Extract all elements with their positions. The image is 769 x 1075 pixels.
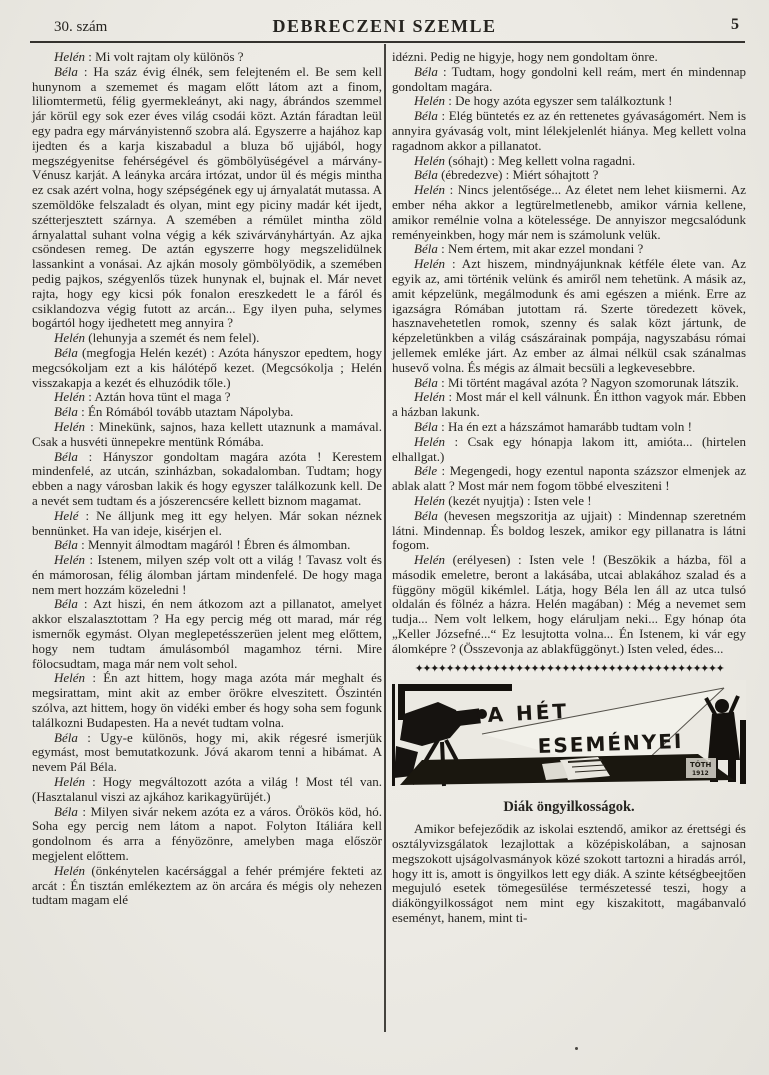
- speaker-name: Helén: [54, 552, 85, 567]
- paragraph: Helén : Azt hiszem, mindnyájunknak kétfé…: [392, 257, 746, 375]
- paragraph: Helén (önkénytelen kacérsággal a fehér p…: [32, 864, 382, 908]
- paragraph-text: : Ne álljunk meg itt egy helyen. Már sok…: [32, 508, 382, 538]
- speaker-name: Helén: [54, 774, 85, 789]
- paragraph-text: (önkénytelen kacérsággal a fehér prémjér…: [32, 863, 382, 908]
- speaker-name: Helén: [54, 419, 85, 434]
- paragraph: Béla : Elég büntetés ez az én rettenetes…: [392, 109, 746, 153]
- paragraph-text: : Nem értem, mit akar ezzel mondani ?: [438, 241, 643, 256]
- paragraph: Béla : Én Rómából tovább utaztam Nápolyb…: [32, 405, 382, 420]
- speaker-name: Béla: [54, 537, 78, 552]
- illustration-title-line1: A HÉT: [487, 699, 570, 727]
- paragraph: idézni. Pedig ne higyje, hogy nem gondol…: [392, 50, 746, 65]
- paragraph: Helén : Most már el kell válnunk. Én itt…: [392, 390, 746, 420]
- speaker-name: Béle: [414, 463, 437, 478]
- paragraph-text: : Ha száz évig élnék, sem felejteném el.…: [32, 64, 382, 331]
- paragraph: Béla : Mennyit álmodtam magáról ! Ébren …: [32, 538, 382, 553]
- ink-speck: [575, 1047, 578, 1050]
- paragraph: Amikor befejeződik az iskolai esztendő, …: [392, 822, 746, 926]
- speaker-name: Helén: [414, 389, 445, 404]
- speaker-name: Béla: [414, 508, 438, 523]
- illustration-title-line2: ESEMÉNYEI: [537, 729, 683, 758]
- paragraph: Helén : Csak egy hónapja lakom itt, amió…: [392, 435, 746, 465]
- paragraph: Helén : Aztán hova tünt el maga ?: [32, 390, 382, 405]
- paragraph: Helén : Én azt hittem, hogy maga azóta m…: [32, 671, 382, 730]
- speaker-name: Helén: [414, 493, 445, 508]
- speaker-name: Béla: [54, 404, 78, 419]
- week-events-illustration: A HÉT ESEMÉNYEI: [392, 680, 746, 790]
- speaker-name: Helén: [54, 670, 85, 685]
- paragraph-text: : Milyen sivár nekem azóta ez a város. Ö…: [32, 804, 382, 863]
- paragraph-text: : Elég büntetés ez az én rettenetes gyáv…: [392, 108, 746, 153]
- speaker-name: Helén: [414, 93, 445, 108]
- paragraph-text: : De hogy azóta egyszer sem találkoztunk…: [445, 93, 672, 108]
- paragraph-text: : Csak egy hónapja lakom itt, amióta... …: [392, 434, 746, 464]
- paragraph: Helén : De hogy azóta egyszer sem találk…: [392, 94, 746, 109]
- paragraph-text: : Most már el kell válnunk. Én itthon va…: [392, 389, 746, 419]
- speaker-name: Béla: [414, 241, 438, 256]
- paragraph: Helén : Istenem, milyen szép volt ott a …: [32, 553, 382, 597]
- paragraph: Béla : Azt hiszi, én nem átkozom azt a p…: [32, 597, 382, 671]
- paragraph-text: : Hányszor gondoltam magára azóta ! Kere…: [32, 449, 382, 508]
- left-column: Helén : Mi volt rajtam oly különös ? Bél…: [32, 50, 382, 908]
- paragraph-text: Amikor befejeződik az iskolai esztendő, …: [392, 821, 746, 925]
- speaker-name: Helén: [414, 182, 445, 197]
- paragraph-text: : Aztán hova tünt el maga ?: [85, 389, 230, 404]
- paragraph: Béla : Ha én ezt a házszámot hamarább tu…: [392, 420, 746, 435]
- speaker-name: Béla: [414, 419, 438, 434]
- signature-year: 1912: [692, 770, 709, 777]
- paragraph: Béla (ébredezve) : Miért sóhajtott ?: [392, 168, 746, 183]
- paragraph-text: : Azt hiszi, én nem átkozom azt a pillan…: [32, 596, 382, 670]
- right-column: idézni. Pedig ne higyje, hogy nem gondol…: [392, 50, 746, 926]
- speaker-name: Helén: [414, 256, 445, 271]
- speaker-name: Béla: [54, 804, 78, 819]
- paragraph-text: : Mi történt magával azóta ? Nagyon szom…: [438, 375, 739, 390]
- paragraph: Helén : Minekünk, sajnos, haza kellett u…: [32, 420, 382, 450]
- paragraph-text: : Hogy megváltozott azóta a világ ! Most…: [32, 774, 382, 804]
- paragraph-text: (erélyesen) : Isten vele ! (Beszökik a h…: [392, 552, 746, 656]
- paragraph-text: : Azt hiszem, mindnyájunknak kétféle éle…: [392, 256, 746, 375]
- speaker-name: Helé: [54, 508, 79, 523]
- paragraph-text: (ébredezve) : Miért sóhajtott ?: [438, 167, 599, 182]
- paragraph-text: : Tudtam, hogy gondolni kell reám, mert …: [392, 64, 746, 94]
- paragraph-text: : Nincs jelentősége... Az életet nem leh…: [392, 182, 746, 241]
- page-number: 5: [731, 16, 739, 34]
- paragraph: Béla : Hányszor gondoltam magára azóta !…: [32, 450, 382, 509]
- paragraph-text: : Mi volt rajtam oly különös ?: [85, 49, 244, 64]
- paragraph: Béla : Ha száz évig élnék, sem felejtené…: [32, 65, 382, 331]
- speaker-name: Béla: [414, 108, 438, 123]
- paragraph: Helén : Nincs jelentősége... Az életet n…: [392, 183, 746, 242]
- paragraph: Béla : Mi történt magával azóta ? Nagyon…: [392, 376, 746, 391]
- paragraph-text: : Minekünk, sajnos, haza kellett utaznun…: [32, 419, 382, 449]
- speaker-name: Béla: [54, 64, 78, 79]
- signature-name: TÓTH: [690, 760, 712, 769]
- paragraph-text: : Mennyit álmodtam magáról ! Ébren és ál…: [78, 537, 351, 552]
- paragraph-text: (megfogja Helén kezét) : Azóta hányszor …: [32, 345, 382, 390]
- paragraph-text: (hevesen megszoritja az ujjait) : Minden…: [392, 508, 746, 553]
- paragraph: Béla (hevesen megszoritja az ujjait) : M…: [392, 509, 746, 553]
- page-title: DEBRECZENI SZEMLE: [0, 16, 769, 37]
- speaker-name: Helén: [414, 153, 445, 168]
- paragraph: Béle : Megengedi, hogy ezentul naponta s…: [392, 464, 746, 494]
- speaker-name: Béla: [414, 375, 438, 390]
- paragraph: Helén : Hogy megváltozott azóta a világ …: [32, 775, 382, 805]
- speaker-name: Helén: [54, 389, 85, 404]
- speaker-name: Helén: [54, 330, 85, 345]
- paragraph-text: : Megengedi, hogy ezentul naponta százsz…: [392, 463, 746, 493]
- paragraph-text: : Ha én ezt a házszámot hamarább tudtam …: [438, 419, 692, 434]
- paragraph-text: : Én Rómából tovább utaztam Nápolyba.: [78, 404, 294, 419]
- paragraph: Helén : Mi volt rajtam oly különös ?: [32, 50, 382, 65]
- paragraph-text: : Én azt hittem, hogy maga azóta már meg…: [32, 670, 382, 729]
- header-rule: [30, 41, 745, 43]
- paragraph: Helé : Ne álljunk meg itt egy helyen. Má…: [32, 509, 382, 539]
- speaker-name: Béla: [414, 64, 438, 79]
- paragraph: Béla : Ugy-e különös, hogy mi, akik rége…: [32, 731, 382, 775]
- paragraph-text: (kezét nyujtja) : Isten vele !: [445, 493, 592, 508]
- paragraph-text: (sóhajt) : Meg kellett volna ragadni.: [445, 153, 635, 168]
- speaker-name: Helén: [414, 434, 445, 449]
- speaker-name: Helén: [54, 863, 85, 878]
- ornament-divider: ✦✦✦✦✦✦✦✦✦✦✦✦✦✦✦✦✦✦✦✦✦✦✦✦✦✦✦✦✦✦✦✦✦✦✦✦✦✦✦✦: [392, 662, 746, 677]
- paragraph: Helén (erélyesen) : Isten vele ! (Beszök…: [392, 553, 746, 657]
- speaker-name: Béla: [414, 167, 438, 182]
- paragraph: Béla : Milyen sivár nekem azóta ez a vár…: [32, 805, 382, 864]
- paragraph: Béla (megfogja Helén kezét) : Azóta hány…: [32, 346, 382, 390]
- paragraph-text: idézni. Pedig ne higyje, hogy nem gondol…: [392, 49, 658, 64]
- paragraph-text: : Ugy-e különös, hogy mi, akik régesré i…: [32, 730, 382, 775]
- speaker-name: Béla: [54, 449, 78, 464]
- speaker-name: Béla: [54, 596, 78, 611]
- paragraph-text: (lehunyja a szemét és nem felel).: [85, 330, 259, 345]
- right-column-dialogue: idézni. Pedig ne higyje, hogy nem gondol…: [392, 50, 746, 657]
- speaker-name: Béla: [54, 345, 78, 360]
- speaker-name: Helén: [414, 552, 445, 567]
- artist-signature: TÓTH 1912: [686, 758, 716, 778]
- paragraph: Helén (lehunyja a szemét és nem felel).: [32, 331, 382, 346]
- paragraph: Béla : Nem értem, mit akar ezzel mondani…: [392, 242, 746, 257]
- paragraph: Helén (kezét nyujtja) : Isten vele !: [392, 494, 746, 509]
- paragraph: Béla : Tudtam, hogy gondolni kell reám, …: [392, 65, 746, 95]
- paragraph-text: : Istenem, milyen szép volt ott a világ …: [32, 552, 382, 597]
- column-divider-rule: [384, 44, 386, 1032]
- paragraph: Helén (sóhajt) : Meg kellett volna ragad…: [392, 154, 746, 169]
- speaker-name: Helén: [54, 49, 85, 64]
- article-body: Amikor befejeződik az iskolai esztendő, …: [392, 822, 746, 926]
- article-heading: Diák öngyilkosságok.: [392, 800, 746, 815]
- speaker-name: Béla: [54, 730, 78, 745]
